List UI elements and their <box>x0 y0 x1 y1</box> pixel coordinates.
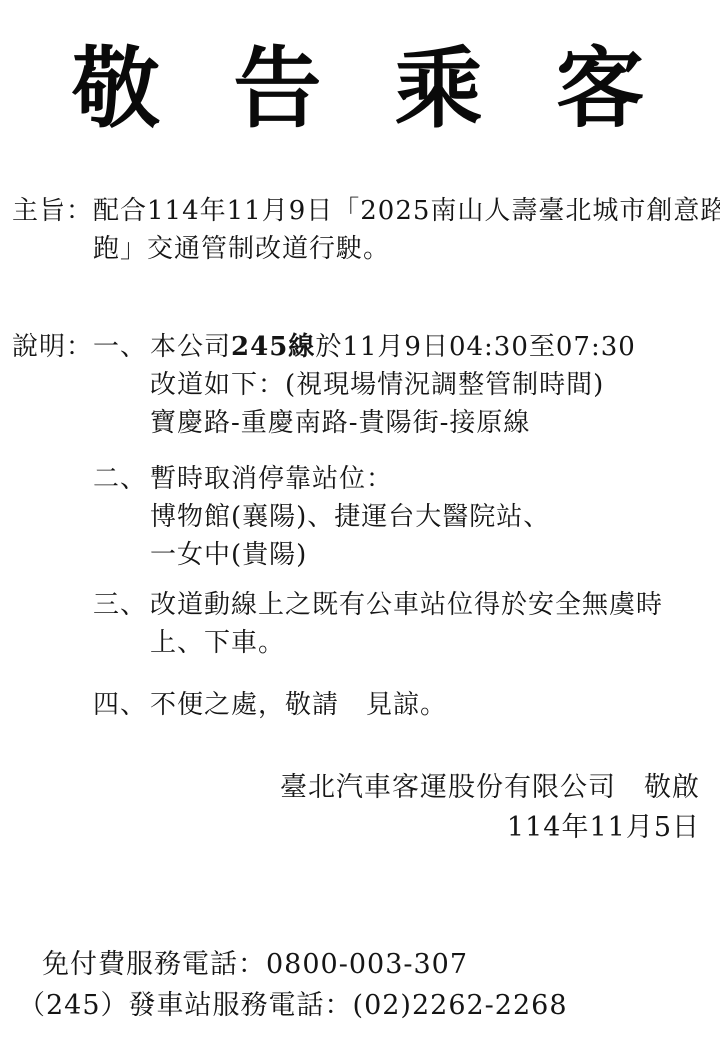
explanation-item-4: 四、 不便之處，敬請 見諒。 <box>93 686 718 724</box>
station-phone-line: （245）發車站服務電話：(02)2262-2268 <box>18 985 568 1026</box>
title-char-4: 客 <box>556 38 644 139</box>
tollfree-phone-line: 免付費服務電話：0800-003-307 <box>18 944 568 985</box>
item-1-lines: 本公司245線於11月9日04:30至07:30 改道如下：(視現場情況調整管制… <box>150 328 718 442</box>
item-1-line-2: 改道如下：(視現場情況調整管制時間) <box>150 366 718 404</box>
signature-block: 臺北汽車客運股份有限公司 敬啟 114年11月5日 <box>280 768 700 848</box>
title-char-2: 告 <box>233 38 321 139</box>
item-2-line-1: 暫時取消停靠站位： <box>150 460 718 498</box>
item-4-number: 四、 <box>93 686 150 724</box>
footer-block: 免付費服務電話：0800-003-307 （245）發車站服務電話：(02)22… <box>18 944 568 1026</box>
notice-title: 敬 告 乘 客 <box>72 38 644 139</box>
item-2-line-3: 一女中(貴陽) <box>150 536 718 574</box>
subject-line-1: 配合114年11月9日「2025南山人壽臺北城市創意路 <box>93 192 720 230</box>
subject-line-2: 跑」交通管制改道行駛。 <box>93 230 720 268</box>
item-4-line-1: 不便之處，敬請 見諒。 <box>150 686 718 724</box>
explanation-label: 說明： <box>12 328 93 724</box>
item-2-number: 二、 <box>93 460 150 574</box>
signature-date: 114年11月5日 <box>280 808 700 848</box>
item-3-line-2: 上、下車。 <box>150 624 718 662</box>
item-1-line-1-suffix: 於11月9日04:30至07:30 <box>315 332 635 362</box>
item-1-line-3: 寶慶路-重慶南路-貴陽街-接原線 <box>150 404 718 442</box>
item-1-line-1-prefix: 本公司 <box>150 332 231 362</box>
title-char-1: 敬 <box>72 38 160 139</box>
item-1-number: 一、 <box>93 328 150 442</box>
explanation-item-1: 一、 本公司245線於11月9日04:30至07:30 改道如下：(視現場情況調… <box>93 328 718 442</box>
item-1-route-number: 245線 <box>231 332 315 362</box>
item-1-line-1: 本公司245線於11月9日04:30至07:30 <box>150 328 718 366</box>
subject-block: 主旨： 配合114年11月9日「2025南山人壽臺北城市創意路 跑」交通管制改道… <box>12 192 718 268</box>
subject-label: 主旨： <box>12 192 93 268</box>
explanation-item-3: 三、 改道動線上之既有公車站位得於安全無虞時 上、下車。 <box>93 586 718 662</box>
item-3-number: 三、 <box>93 586 150 662</box>
notice-document: 敬 告 乘 客 主旨： 配合114年11月9日「2025南山人壽臺北城市創意路 … <box>0 0 720 1040</box>
subject-body: 配合114年11月9日「2025南山人壽臺北城市創意路 跑」交通管制改道行駛。 <box>93 192 720 268</box>
item-2-line-2: 博物館(襄陽)、捷運台大醫院站、 <box>150 498 718 536</box>
item-3-line-1: 改道動線上之既有公車站位得於安全無虞時 <box>150 586 718 624</box>
explanation-block: 說明： 一、 本公司245線於11月9日04:30至07:30 改道如下：(視現… <box>12 328 718 724</box>
item-4-lines: 不便之處，敬請 見諒。 <box>150 686 718 724</box>
title-char-3: 乘 <box>395 38 483 139</box>
signature-company: 臺北汽車客運股份有限公司 敬啟 <box>280 768 700 808</box>
item-3-lines: 改道動線上之既有公車站位得於安全無虞時 上、下車。 <box>150 586 718 662</box>
explanation-item-2: 二、 暫時取消停靠站位： 博物館(襄陽)、捷運台大醫院站、 一女中(貴陽) <box>93 460 718 574</box>
explanation-items: 一、 本公司245線於11月9日04:30至07:30 改道如下：(視現場情況調… <box>93 328 718 724</box>
item-2-lines: 暫時取消停靠站位： 博物館(襄陽)、捷運台大醫院站、 一女中(貴陽) <box>150 460 718 574</box>
